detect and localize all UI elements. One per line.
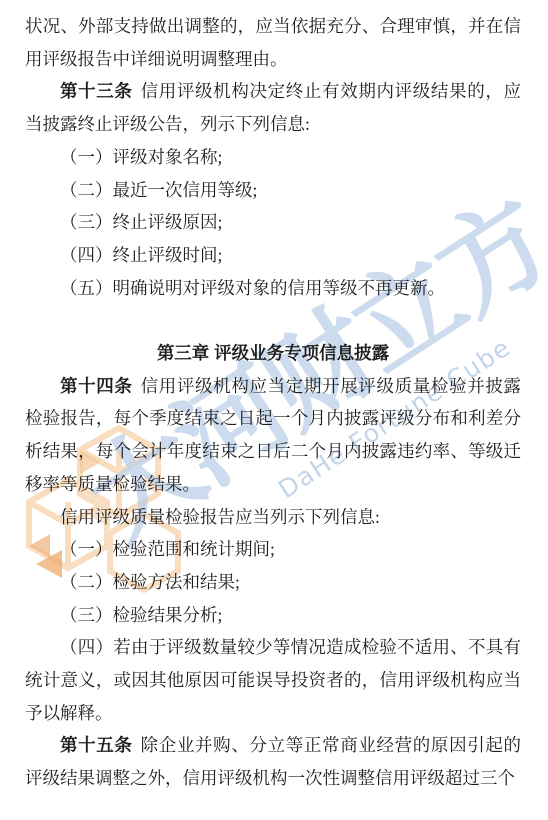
document-content: 状况、外部支持做出调整的，应当依据充分、合理审慎，并在信用评级报告中详细说明调整… [25,10,521,795]
paragraph: （一）检验范围和统计期间; [25,533,521,566]
paragraph: 信用评级质量检验报告应当列示下列信息: [25,501,521,534]
chapter-heading: 第三章 评级业务专项信息披露 [25,337,521,370]
paragraph: 第十四条信用评级机构应当定期开展评级质量检验并披露检验报告，每个季度结束之日起一… [25,370,521,501]
article-number: 第十五条 [60,735,133,755]
paragraph: （二）最近一次信用等级; [25,174,521,207]
article-number: 第十四条 [60,376,133,396]
paragraph: 第十五条除企业并购、分立等正常商业经营的原因引起的评级结果调整之外，信用评级机构… [25,729,521,794]
paragraph: 第十三条信用评级机构决定终止有效期内评级结果的，应当披露终止评级公告，列示下列信… [25,75,521,140]
document-page: 大河财立方 DaHe Fortune Cube 状况、外部支持做出调整的，应当依… [0,0,548,820]
paragraph: （四）若由于评级数量较少等情况造成检验不适用、不具有统计意义，或因其他原因可能误… [25,631,521,729]
paragraph: （二）检验方法和结果; [25,566,521,599]
paragraph: （五）明确说明对评级对象的信用等级不再更新。 [25,272,521,305]
paragraph: （三）终止评级原因; [25,206,521,239]
article-number: 第十三条 [60,81,133,101]
paragraph: 状况、外部支持做出调整的，应当依据充分、合理审慎，并在信用评级报告中详细说明调整… [25,10,521,75]
paragraph: （一）评级对象名称; [25,141,521,174]
paragraph: （四）终止评级时间; [25,239,521,272]
paragraph: （三）检验结果分析; [25,599,521,632]
